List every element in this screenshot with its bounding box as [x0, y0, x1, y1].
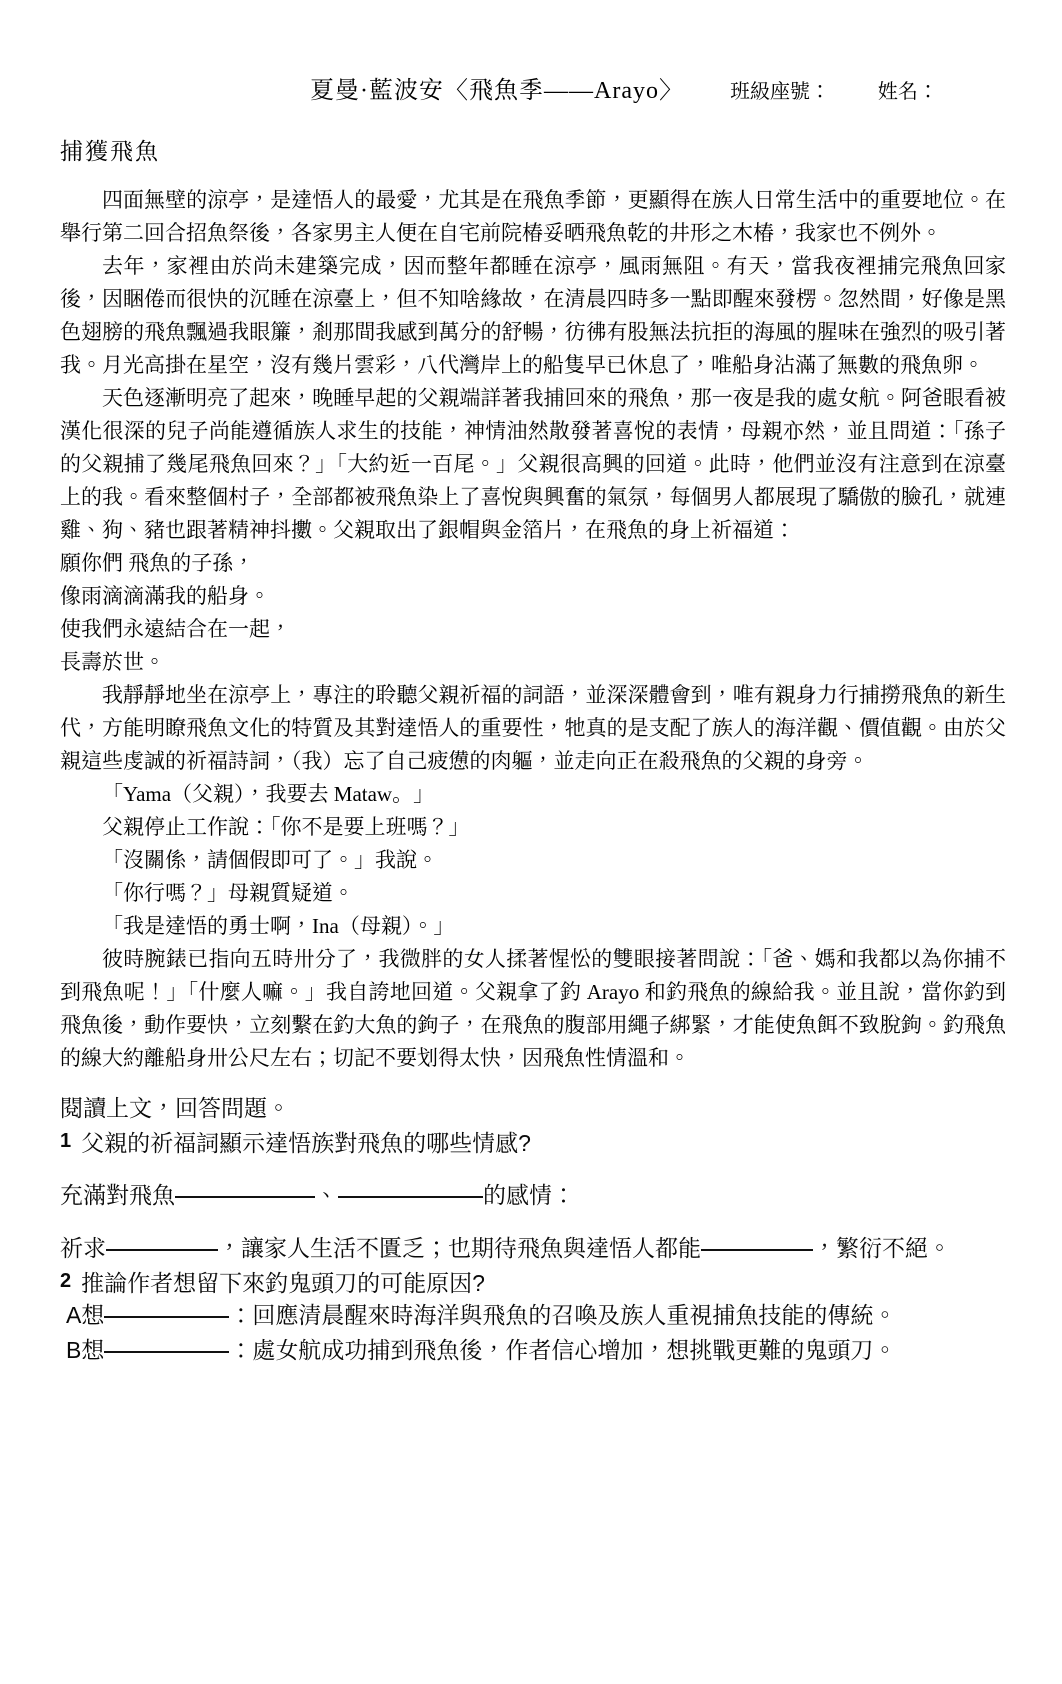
questions-section: 閱讀上文，回答問題。 1父親的祈福詞顯示達悟族對飛魚的哪些情感? 充滿對飛魚、的…	[60, 1093, 1006, 1365]
answer-blank	[104, 1316, 229, 1318]
document-title: 夏曼·藍波安〈飛魚季——Arayo〉	[310, 76, 684, 106]
question-1-text: 父親的祈福詞顯示達悟族對飛魚的哪些情感?	[81, 1130, 531, 1156]
document-header: 夏曼·藍波安〈飛魚季——Arayo〉 班級座號： 姓名：	[60, 76, 1006, 107]
dialogue-line: 父親停止工作說：「你不是要上班嗎？」	[60, 811, 1006, 844]
class-seat-label: 班級座號：	[730, 77, 830, 107]
question-2-text: 推論作者想留下來釣鬼頭刀的可能原因?	[81, 1270, 485, 1296]
dialogue-line: 「Yama（父親），我要去 Mataw。」	[60, 778, 1006, 811]
answer-blank	[338, 1196, 483, 1198]
fill-text: 充滿對飛魚	[60, 1182, 175, 1208]
option-a-text: ：回應清晨醒來時海洋與飛魚的召喚及族人重視捕魚技能的傳統。	[229, 1302, 896, 1328]
fill-text: 的感情：	[483, 1182, 575, 1208]
poem-line: 使我們永遠結合在一起，	[60, 613, 1006, 646]
name-label: 姓名：	[878, 77, 938, 107]
document-content: 夏曼·藍波安〈飛魚季——Arayo〉 班級座號： 姓名： 捕獲飛魚 四面無壁的涼…	[60, 76, 1006, 1365]
fill-text: ，讓家人生活不匱乏；也期待飛魚與達悟人都能	[218, 1235, 701, 1261]
fill-text: ，繁衍不絕。	[813, 1235, 951, 1261]
question-1: 1父親的祈福詞顯示達悟族對飛魚的哪些情感?	[60, 1128, 1006, 1160]
question-2-option-a: A想：回應清晨醒來時海洋與飛魚的召喚及族人重視捕魚技能的傳統。	[60, 1300, 1006, 1330]
option-a-label: A想	[66, 1302, 104, 1328]
answer-blank	[106, 1249, 218, 1251]
paragraph-4: 我靜靜地坐在涼亭上，專注的聆聽父親祈福的詞語，並深深體會到，唯有親身力行捕撈飛魚…	[60, 679, 1006, 778]
fill-text: 、	[315, 1182, 338, 1208]
poem-line: 願你們 飛魚的子孫，	[60, 547, 1006, 580]
option-b-text: ：處女航成功捕到飛魚後，作者信心增加，想挑戰更難的鬼頭刀。	[229, 1337, 896, 1363]
article-body: 四面無壁的涼亭，是達悟人的最愛，尤其是在飛魚季節，更顯得在族人日常生活中的重要地…	[60, 184, 1006, 1075]
poem-line: 像雨滴滴滿我的船身。	[60, 580, 1006, 613]
option-b-label: B想	[66, 1337, 104, 1363]
dialogue-block: 「Yama（父親），我要去 Mataw。」 父親停止工作說：「你不是要上班嗎？」…	[60, 778, 1006, 943]
questions-intro: 閱讀上文，回答問題。	[60, 1093, 1006, 1123]
paragraph-2: 去年，家裡由於尚未建築完成，因而整年都睡在涼亭，風雨無阻。有天，當我夜裡捕完飛魚…	[60, 250, 1006, 382]
dialogue-line: 「沒關係，請個假即可了。」我說。	[60, 844, 1006, 877]
question-1-answer-line-1: 充滿對飛魚、的感情：	[60, 1180, 1006, 1210]
dialogue-line: 「你行嗎？」母親質疑道。	[60, 877, 1006, 910]
blessing-poem: 願你們 飛魚的子孫， 像雨滴滴滿我的船身。 使我們永遠結合在一起， 長壽於世。	[60, 547, 1006, 679]
question-2-number: 2	[60, 1270, 71, 1292]
answer-blank	[104, 1351, 229, 1353]
answer-blank	[701, 1249, 813, 1251]
dialogue-line: 「我是達悟的勇士啊，Ina（母親）。」	[60, 910, 1006, 943]
question-1-number: 1	[60, 1130, 71, 1152]
section-heading: 捕獲飛魚	[60, 137, 1006, 167]
question-2-option-b: B想：處女航成功捕到飛魚後，作者信心增加，想挑戰更難的鬼頭刀。	[60, 1335, 1006, 1365]
paragraph-3: 天色逐漸明亮了起來，晚睡早起的父親端詳著我捕回來的飛魚，那一夜是我的處女航。阿爸…	[60, 382, 1006, 547]
question-2: 2推論作者想留下來釣鬼頭刀的可能原因?	[60, 1268, 1006, 1300]
answer-blank	[175, 1196, 315, 1198]
question-1-answer-line-2: 祈求，讓家人生活不匱乏；也期待飛魚與達悟人都能，繁衍不絕。	[60, 1233, 1006, 1263]
document-page: 夏曼·藍波安〈飛魚季——Arayo〉 班級座號： 姓名： 捕獲飛魚 四面無壁的涼…	[0, 0, 1062, 1684]
paragraph-5: 彼時腕錶已指向五時卅分了，我微胖的女人揉著惺忪的雙眼接著問說：「爸、媽和我都以為…	[60, 943, 1006, 1075]
poem-line: 長壽於世。	[60, 646, 1006, 679]
fill-text: 祈求	[60, 1235, 106, 1261]
paragraph-1: 四面無壁的涼亭，是達悟人的最愛，尤其是在飛魚季節，更顯得在族人日常生活中的重要地…	[60, 184, 1006, 250]
